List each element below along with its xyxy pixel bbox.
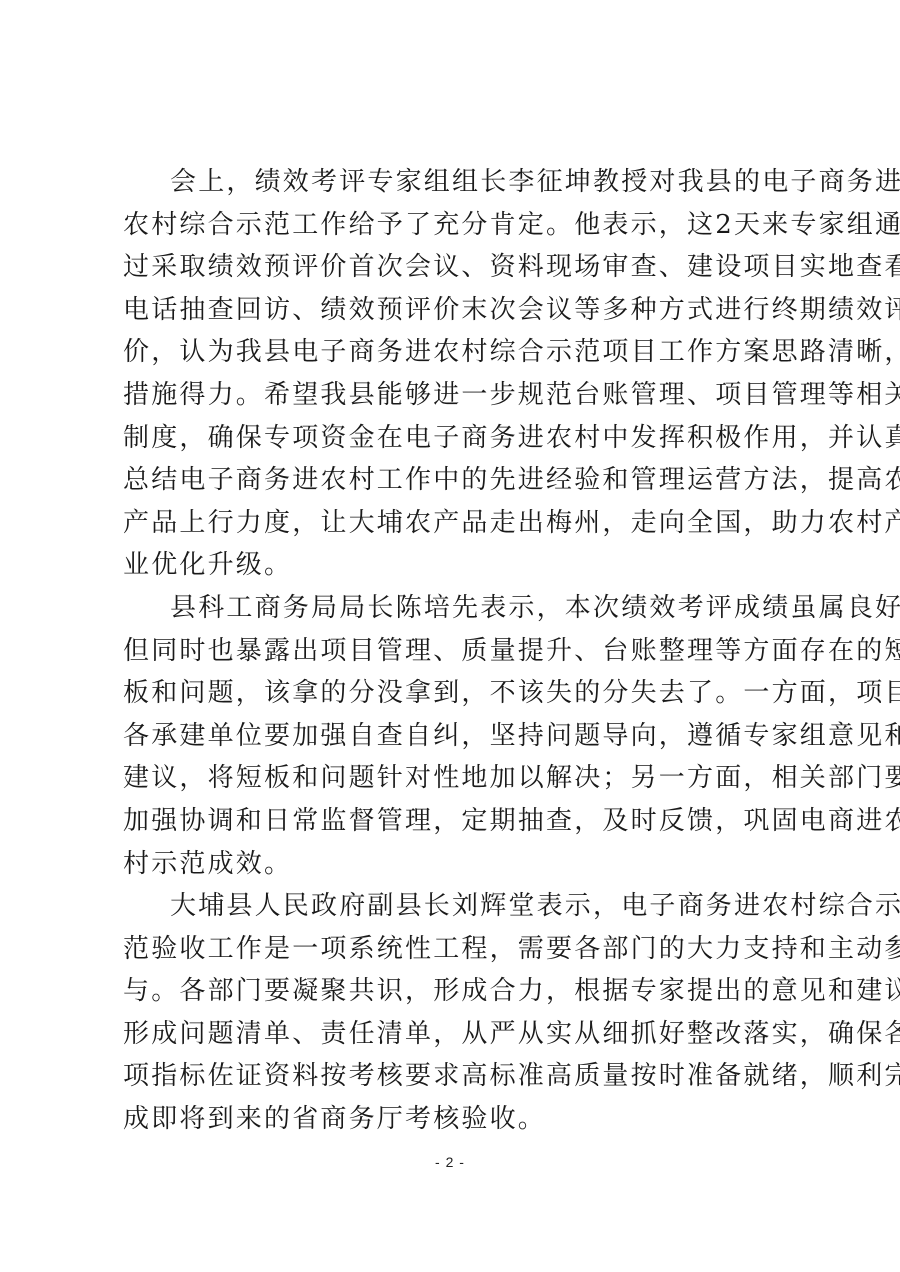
text-line: 会上，绩效考评专家组组长李征坤教授对我县的电子商务进 [123,161,795,204]
text-line: 产品上行力度，让大埔农产品走出梅州，走向全国，助力农村产 [123,502,795,545]
paragraph-3: 大埔县人民政府副县长刘辉堂表示，电子商务进农村综合示 范验收工作是一项系统性工程… [123,885,795,1141]
text-line: 电话抽查回访、绩效预评价末次会议等多种方式进行终期绩效评 [123,289,795,332]
text-line: 但同时也暴露出项目管理、质量提升、台账整理等方面存在的短 [123,630,795,673]
text-line: 建议，将短板和问题针对性地加以解决；另一方面，相关部门要 [123,757,795,800]
text-line: 价，认为我县电子商务进农村综合示范项目工作方案思路清晰， [123,331,795,374]
text-line: 措施得力。希望我县能够进一步规范台账管理、项目管理等相关 [123,374,795,417]
text-line: 成即将到来的省商务厅考核验收。 [123,1098,795,1141]
text-line: 村示范成效。 [123,843,795,886]
text-line: 形成问题清单、责任清单，从严从实从细抓好整改落实，确保各 [123,1013,795,1056]
document-page: 会上，绩效考评专家组组长李征坤教授对我县的电子商务进 农村综合示范工作给予了充分… [0,0,900,1272]
body-text: 会上，绩效考评专家组组长李征坤教授对我县的电子商务进 农村综合示范工作给予了充分… [123,161,795,1141]
text-line: 县科工商务局局长陈培先表示，本次绩效考评成绩虽属良好， [123,587,795,630]
paragraph-2: 县科工商务局局长陈培先表示，本次绩效考评成绩虽属良好， 但同时也暴露出项目管理、… [123,587,795,885]
text-line: 范验收工作是一项系统性工程，需要各部门的大力支持和主动参 [123,928,795,971]
text-line: 总结电子商务进农村工作中的先进经验和管理运营方法，提高农 [123,459,795,502]
page-number: - 2 - [0,1154,900,1170]
text-line: 加强协调和日常监督管理，定期抽查，及时反馈，巩固电商进农 [123,800,795,843]
text-line: 制度，确保专项资金在电子商务进农村中发挥积极作用，并认真 [123,417,795,460]
text-line: 各承建单位要加强自查自纠，坚持问题导向，遵循专家组意见和 [123,715,795,758]
text-line: 板和问题，该拿的分没拿到，不该失的分失去了。一方面，项目 [123,672,795,715]
text-line: 农村综合示范工作给予了充分肯定。他表示，这2天来专家组通 [123,204,795,247]
text-line: 过采取绩效预评价首次会议、资料现场审查、建设项目实地查看、 [123,246,795,289]
paragraph-1: 会上，绩效考评专家组组长李征坤教授对我县的电子商务进 农村综合示范工作给予了充分… [123,161,795,587]
text-line: 大埔县人民政府副县长刘辉堂表示，电子商务进农村综合示 [123,885,795,928]
text-line: 项指标佐证资料按考核要求高标准高质量按时准备就绪，顺利完 [123,1055,795,1098]
text-line: 业优化升级。 [123,544,795,587]
text-line: 与。各部门要凝聚共识，形成合力，根据专家提出的意见和建议， [123,970,795,1013]
